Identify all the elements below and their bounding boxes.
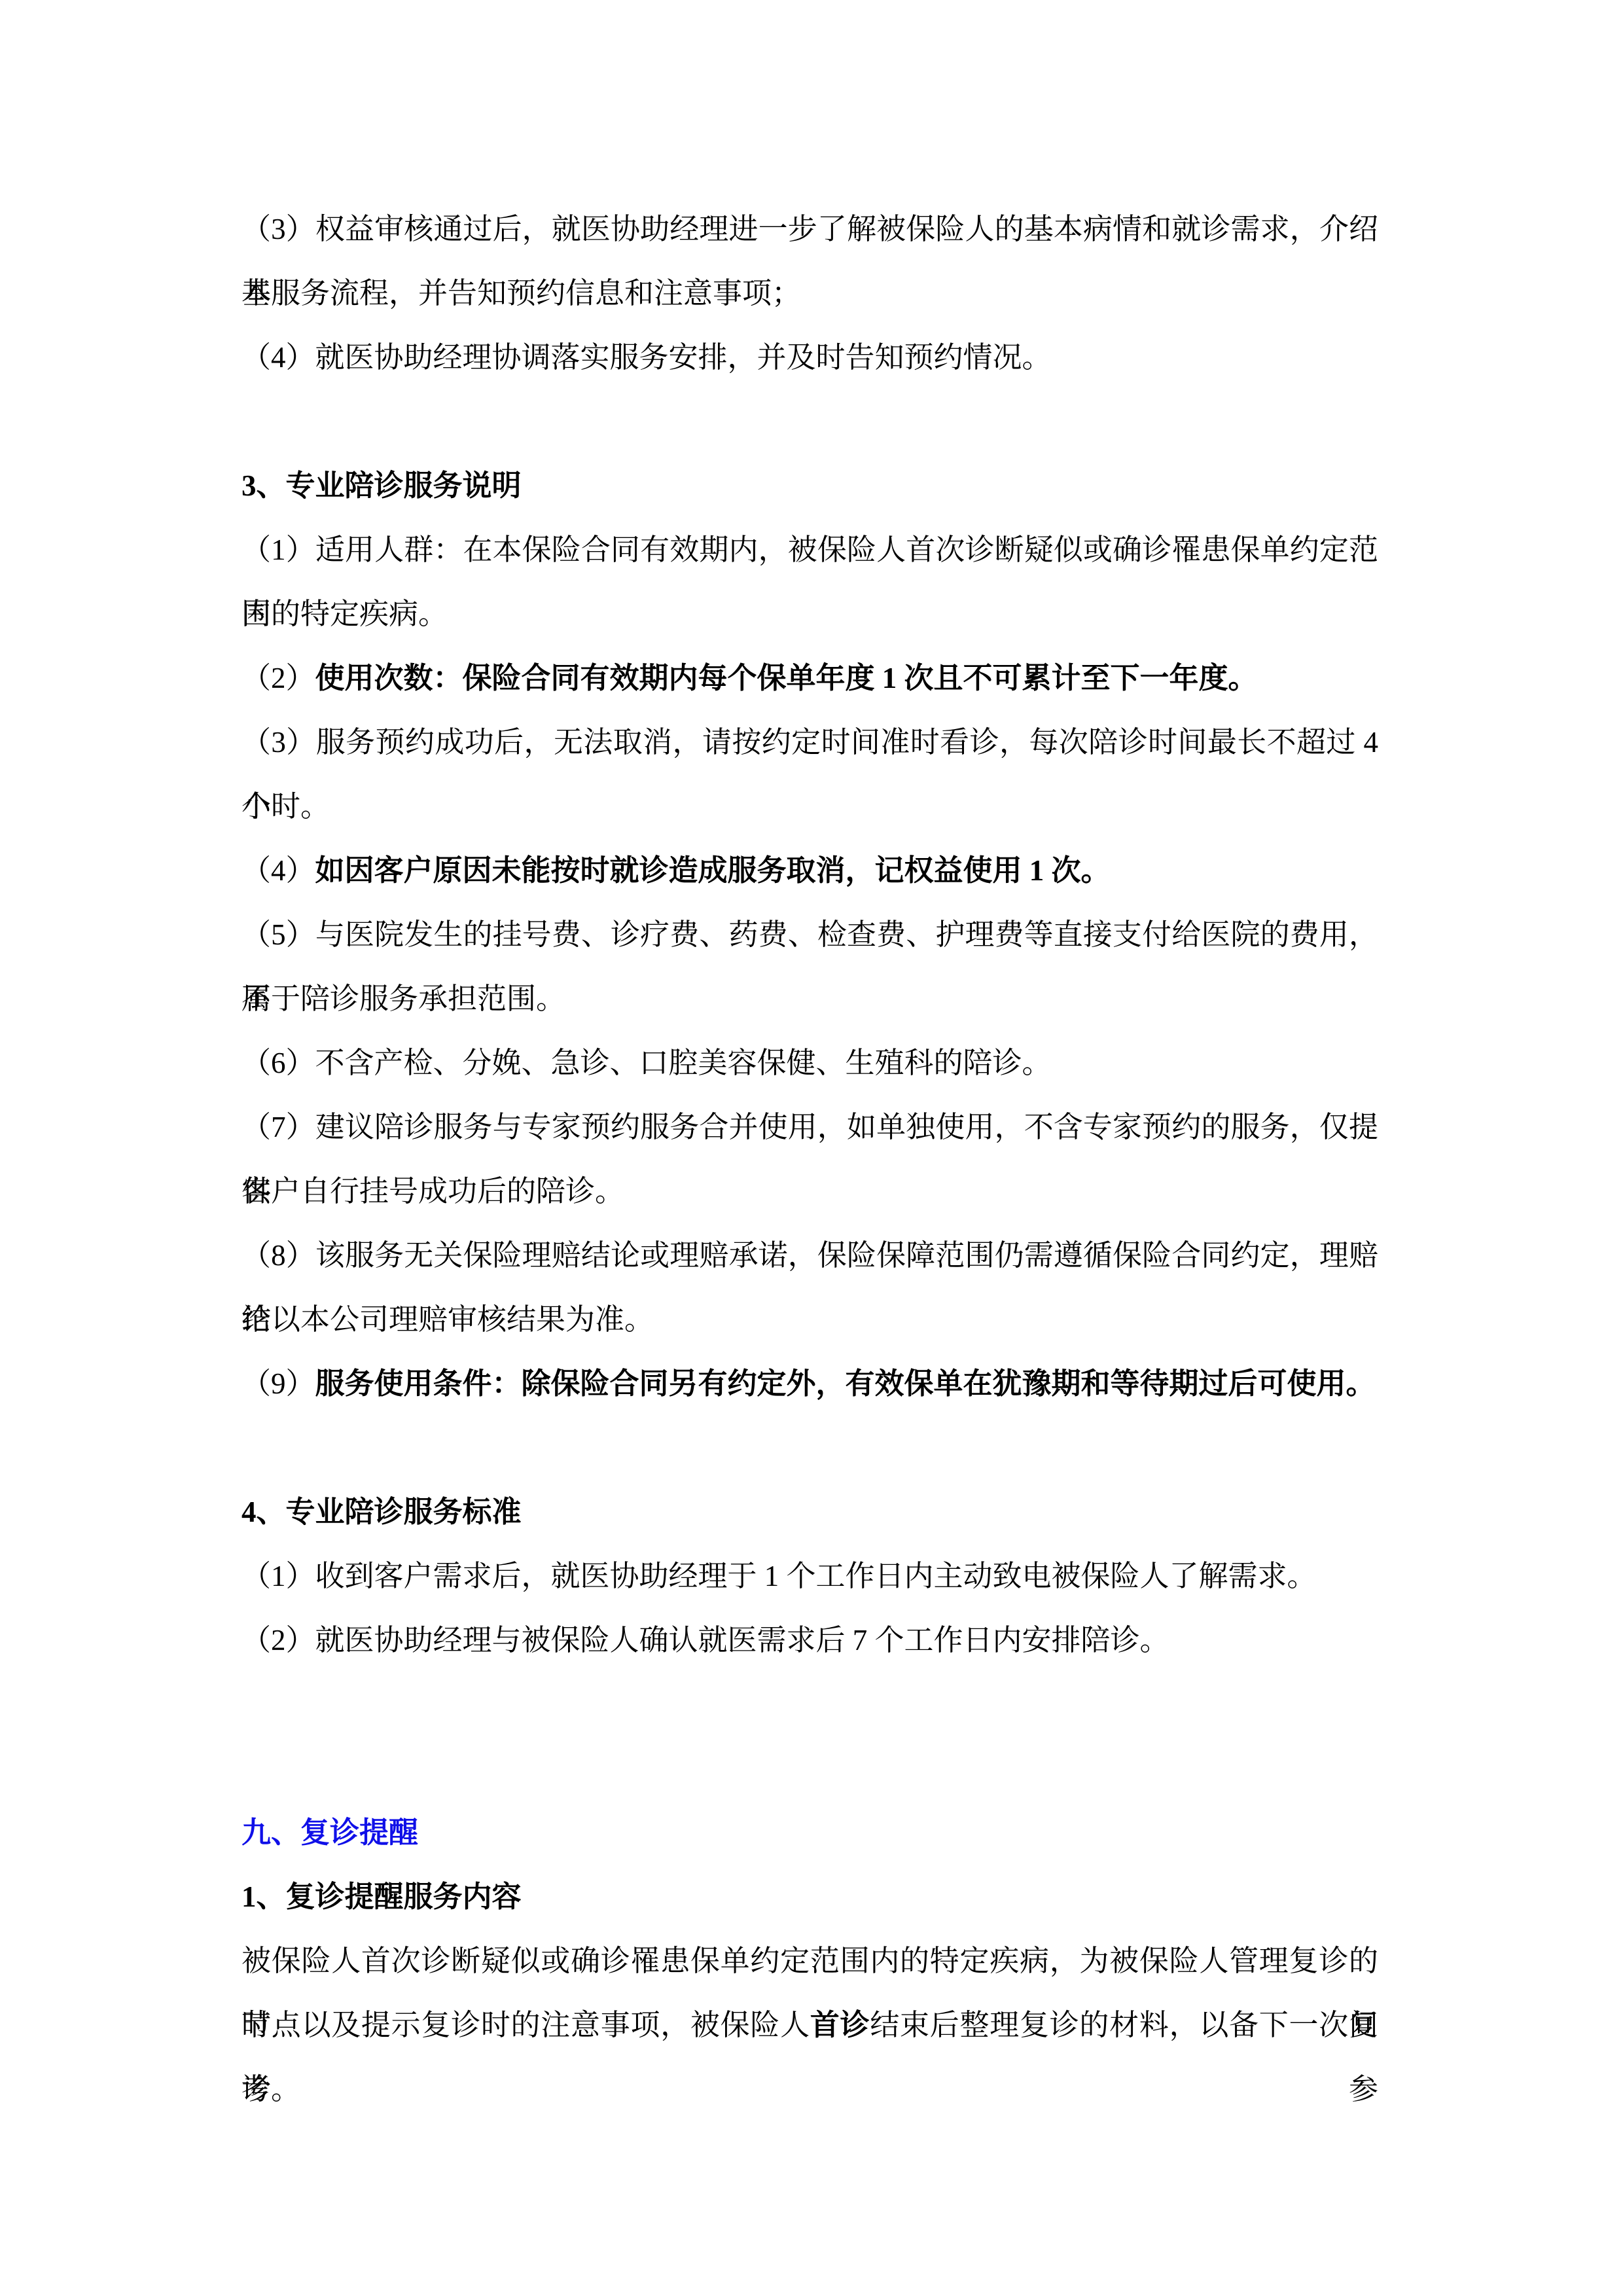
notes-item4-number: （4） bbox=[241, 854, 315, 887]
notes-item1-line1: （1）适用人群：在本保险合同有效期内，被保险人首次诊断疑似或确诊罹患保单约定范围 bbox=[241, 518, 1378, 582]
notes-item1-line2: 内的特定疾病。 bbox=[241, 582, 1378, 646]
standard-item2-line: （2）就医协助经理与被保险人确认就医需求后 7 个工作日内安排陪诊。 bbox=[241, 1608, 1378, 1672]
notes-item7-line1: （7）建议陪诊服务与专家预约服务合并使用，如单独使用，不含专家预约的服务，仅提供 bbox=[241, 1095, 1378, 1159]
standard-item1-line: （1）收到客户需求后，就医协助经理于 1 个工作日内主动致电被保险人了解需求。 bbox=[241, 1544, 1378, 1608]
notes-item7-line2: 客户自行挂号成功后的陪诊。 bbox=[241, 1159, 1378, 1223]
spacer-line bbox=[241, 1672, 1378, 1736]
spacer-line bbox=[241, 389, 1378, 454]
section9-sub-heading: 1、复诊提醒服务内容 bbox=[241, 1865, 1378, 1929]
item4-line: （4）就医协助经理协调落实服务安排，并及时告知预约情况。 bbox=[241, 325, 1378, 389]
notes-item2-number: （2） bbox=[241, 662, 315, 694]
spacer-line bbox=[241, 1736, 1378, 1801]
revisit-para-line1: 被保险人首次诊断疑似或确诊罹患保单约定范围内的特定疾病，为被保险人管理复诊的时间 bbox=[241, 1929, 1378, 1993]
revisit-para-line2-pre: 节点以及提示复诊时的注意事项，被保险人 bbox=[241, 2009, 810, 2041]
notes-item8-line1: （8）该服务无关保险理赔结论或理赔承诺，保险保障范围仍需遵循保险合同约定，理赔结 bbox=[241, 1223, 1378, 1287]
notes-item2-bold-text: 使用次数：保险合同有效期内每个保单年度 1 次且不可累计至下一年度。 bbox=[315, 662, 1258, 694]
notes-item9-line: （9）服务使用条件：除保险合同另有约定外，有效保单在犹豫期和等待期过后可使用。 bbox=[241, 1352, 1378, 1416]
notes-item6-line: （6）不含产检、分娩、急诊、口腔美容保健、生殖科的陪诊。 bbox=[241, 1031, 1378, 1095]
document-text-block: （3）权益审核通过后，就医协助经理进一步了解被保险人的基本病情和就诊需求，介绍基… bbox=[241, 197, 1378, 2121]
section3-heading: 3、专业陪诊服务说明 bbox=[241, 454, 1378, 518]
notes-item5-line1: （5）与医院发生的挂号费、诊疗费、药费、检查费、护理费等直接支付给医院的费用，不 bbox=[241, 903, 1378, 967]
notes-item4-line: （4）如因客户原因未能按时就诊造成服务取消，记权益使用 1 次。 bbox=[241, 838, 1378, 903]
notes-item9-number: （9） bbox=[241, 1367, 315, 1400]
notes-item4-bold-text: 如因客户原因未能按时就诊造成服务取消，记权益使用 1 次。 bbox=[315, 854, 1111, 887]
document-page: （3）权益审核通过后，就医协助经理进一步了解被保险人的基本病情和就诊需求，介绍基… bbox=[0, 0, 1623, 2296]
section4-heading: 4、专业陪诊服务标准 bbox=[241, 1480, 1378, 1544]
notes-item3-line2: 小时。 bbox=[241, 774, 1378, 838]
notes-item2-line: （2）使用次数：保险合同有效期内每个保单年度 1 次且不可累计至下一年度。 bbox=[241, 646, 1378, 710]
spacer-line bbox=[241, 1416, 1378, 1480]
item3-line2: 本服务流程，并告知预约信息和注意事项； bbox=[241, 261, 1378, 325]
section9-heading: 九、复诊提醒 bbox=[241, 1801, 1378, 1865]
item3-line1: （3）权益审核通过后，就医协助经理进一步了解被保险人的基本病情和就诊需求，介绍基 bbox=[241, 197, 1378, 261]
notes-item3-line1: （3）服务预约成功后，无法取消，请按约定时间准时看诊，每次陪诊时间最长不超过 4… bbox=[241, 710, 1378, 774]
notes-item8-line2: 论以本公司理赔审核结果为准。 bbox=[241, 1287, 1378, 1352]
notes-item9-bold-text: 服务使用条件：除保险合同另有约定外，有效保单在犹豫期和等待期过后可使用。 bbox=[315, 1367, 1376, 1400]
notes-item5-line2: 属于陪诊服务承担范围。 bbox=[241, 967, 1378, 1031]
revisit-para-line2: 节点以及提示复诊时的注意事项，被保险人首诊结束后整理复诊的材料，以备下一次复诊参 bbox=[241, 1993, 1378, 2057]
revisit-para-line2-bold: 首诊 bbox=[810, 2009, 870, 2041]
